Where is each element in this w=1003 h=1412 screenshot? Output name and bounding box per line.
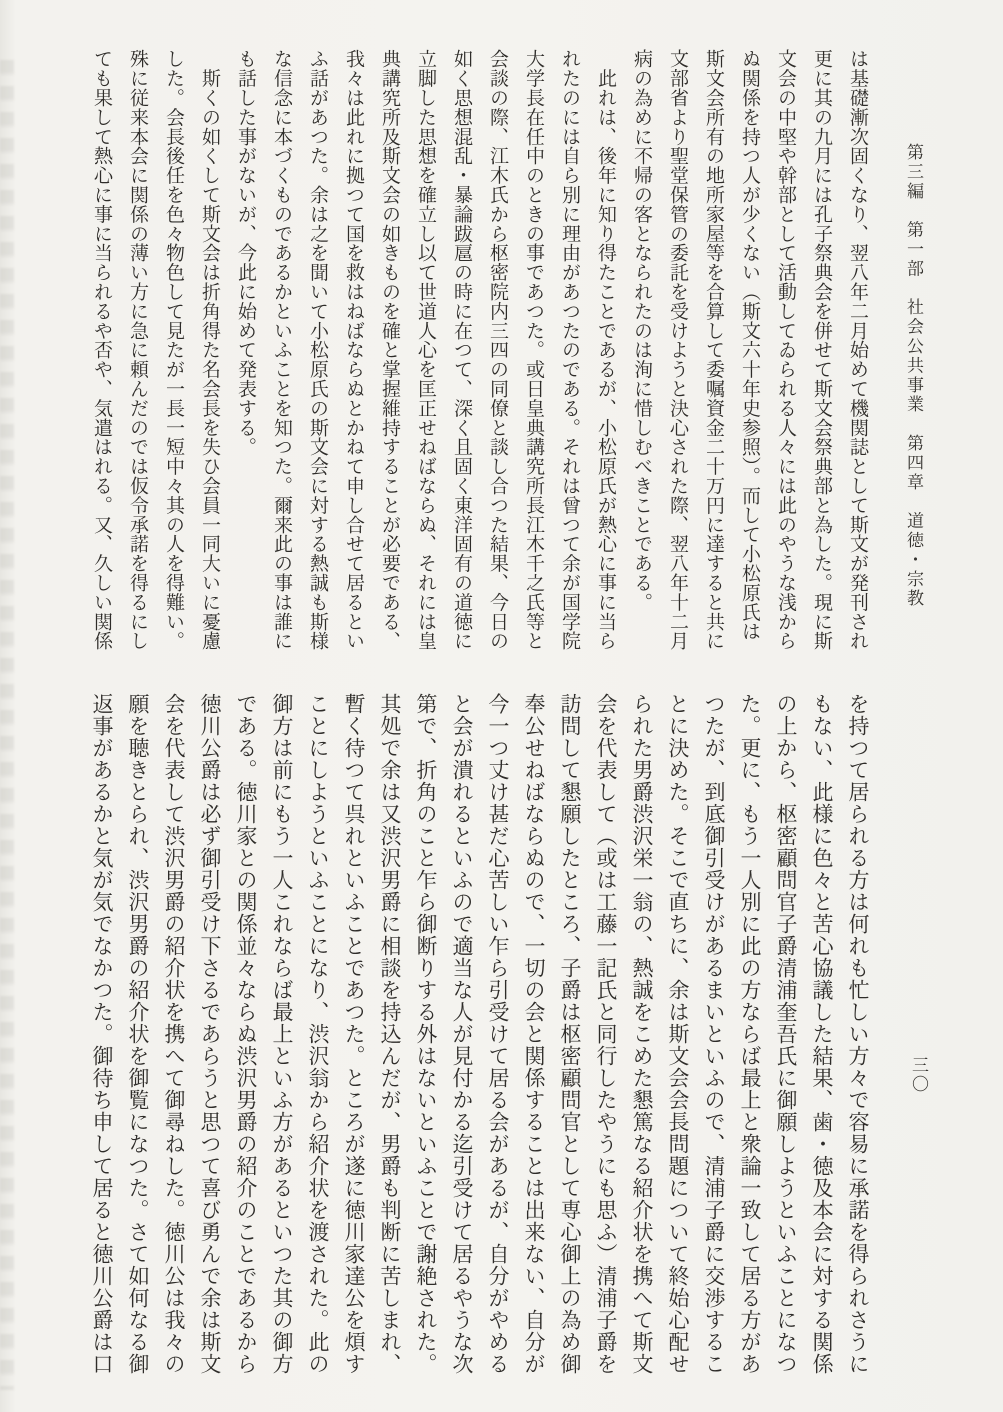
text-column: 殊に従来本会に関係の薄い方に急に頼んだのでは仮令承諾を得るにし — [120, 49, 156, 657]
text-column: を持つて居られる方は何れも忙しい方々で容易に承諾を得られさうに — [840, 693, 876, 1387]
text-column: 立脚した思想を確立し以て世道人心を匡正せねばならぬ、それには皇 — [408, 49, 444, 657]
text-column: の上から、枢密顧問官子爵清浦奎吾氏に御願しようといふことになつ — [768, 693, 804, 1387]
text-column: である。徳川家との関係並々ならぬ渋沢男爵の紹介のことであるから — [228, 693, 264, 1387]
text-column: 御方は前にもう一人これならば最上といふ方があるといつた其の御方 — [264, 693, 300, 1387]
text-column: と会が潰れるといふので適当な人が見付かる迄引受けて居るやうな次 — [444, 693, 480, 1387]
text-column: 奉公せねばならぬので、一切の会と関係することは出来ない、自分が — [516, 693, 552, 1387]
text-column: 如く思想混乱・暴論跋扈の時に在つて、深く且固く東洋固有の道徳に — [444, 49, 480, 657]
scan-bleedthrough-artifact — [0, 60, 14, 1390]
text-column: 文部省より聖堂保管の委託を受けようと決心された際、翌八年十二月 — [660, 49, 696, 657]
text-column: 願を聴きとられ、渋沢男爵の紹介状を御覧になつた。さて如何なる御 — [120, 693, 156, 1387]
scanned-book-page: 第三編 第一部 社会公共事業 第四章 道徳・宗教 は基礎漸次固くなり、翌八年二月… — [0, 0, 1003, 1412]
text-column: もない、此様に色々と苦心協議した結果、歯・徳及本会に対する関係 — [804, 693, 840, 1387]
text-column: 会談の際、江木氏から枢密院内三四の同僚と談し合つた結果、今日の — [480, 49, 516, 657]
text-column: とに決めた。そこで直ちに、余は斯文会会長問題について終始心配せ — [660, 693, 696, 1387]
text-column: ても果して熱心に事に当られるや否や、気遣はれる。又、久しい関係 — [84, 49, 120, 657]
chapter-header: 第三編 第一部 社会公共事業 第四章 道徳・宗教 — [901, 143, 925, 643]
text-column: 今一つ丈け甚だ心苦しい乍ら引受けて居る会があるが、自分がやめる — [480, 693, 516, 1387]
text-column: 更に其の九月には孔子祭典会を併せて斯文会祭典部と為した。現に斯 — [804, 49, 840, 657]
text-column: も話した事がないが、今此に始めて発表する。 — [228, 49, 264, 657]
text-column: 病の為めに不帰の客となられたのは洵に惜しむべきことである。 — [624, 49, 660, 657]
text-column: ことにしようといふことになり、渋沢翁から紹介状を渡された。此の — [300, 693, 336, 1387]
text-column: 此れは、後年に知り得たことであるが、小松原氏が熱心に事に当ら — [588, 49, 624, 657]
text-column: 徳川公爵は必ず御引受け下さるであらうと思つて喜び勇んで余は斯文 — [192, 693, 228, 1387]
text-column: 訪問して懇願したところ、子爵は枢密顧問官として専心御上の為め御 — [552, 693, 588, 1387]
text-column: した。会長後任を色々物色して見たが一長一短中々其の人を得難い。 — [156, 49, 192, 657]
text-column: 暫く待つて呉れといふことであつた。ところが遂に徳川家達公を煩す — [336, 693, 372, 1387]
text-column: つたが、到底御引受けがあるまいといふので、清浦子爵に交渉するこ — [696, 693, 732, 1387]
text-column: 斯文会所有の地所家屋等を合算して委嘱資金二十万円に達すると共に — [696, 49, 732, 657]
bottom-text-block: を持つて居られる方は何れも忙しい方々で容易に承諾を得られさうにもない、此様に色々… — [82, 693, 876, 1387]
text-column: 典講究所及斯文会の如きものを確と掌握維持することが必要である、 — [372, 49, 408, 657]
text-column: れたのには自ら別に理由があつたのである。それは曾つて余が国学院 — [552, 49, 588, 657]
text-column: 大学長在任中のときの事であつた。或日皇典講究所長江木千之氏等と — [516, 49, 552, 657]
text-column: ぬ関係を持つ人が少くない（斯文六十年史参照）。而して小松原氏は — [732, 49, 768, 657]
text-column: 斯くの如くして斯文会は折角得た名会長を失ひ会員一同大いに憂慮 — [192, 49, 228, 657]
text-column: た。更に、もう一人別に此の方ならば最上と衆論一致して居る方があ — [732, 693, 768, 1387]
text-column: ふ話があつた。余は之を聞いて小松原氏の斯文会に対する熱誠も斯様 — [300, 49, 336, 657]
text-column: 其処で余は又渋沢男爵に相談を持込んだが、男爵も判断に苦しまれ、 — [372, 693, 408, 1387]
text-column: 会を代表して渋沢男爵の紹介状を携へて御尋ねした。徳川公は我々の — [156, 693, 192, 1387]
text-column: な信念に本づくものであるかといふことを知つた。爾来此の事は誰に — [264, 49, 300, 657]
text-column: は基礎漸次固くなり、翌八年二月始めて機関誌として斯文が発刊され — [840, 49, 876, 657]
text-column: 文会の中堅や幹部として活動してゐられる人々には此のやうな浅から — [768, 49, 804, 657]
text-column: 我々は此れに拠つて国を救はねばならぬとかねて申し合せて居るとい — [336, 49, 372, 657]
text-column: 第で、折角のこと乍ら御断りする外はないといふことで謝絶された。 — [408, 693, 444, 1387]
text-column: 会を代表して（或は工藤一記氏と同行したやうにも思ふ）清浦子爵を — [588, 693, 624, 1387]
text-column: られた男爵渋沢栄一翁の、熱誠をこめた懇篤なる紹介状を携へて斯文 — [624, 693, 660, 1387]
text-column: 返事があるかと気が気でなかつた。御待ち申して居ると徳川公爵は口 — [84, 693, 120, 1387]
page-number: 三〇 — [906, 1056, 931, 1094]
top-text-block: は基礎漸次固くなり、翌八年二月始めて機関誌として斯文が発刊され更に其の九月には孔… — [82, 49, 876, 657]
